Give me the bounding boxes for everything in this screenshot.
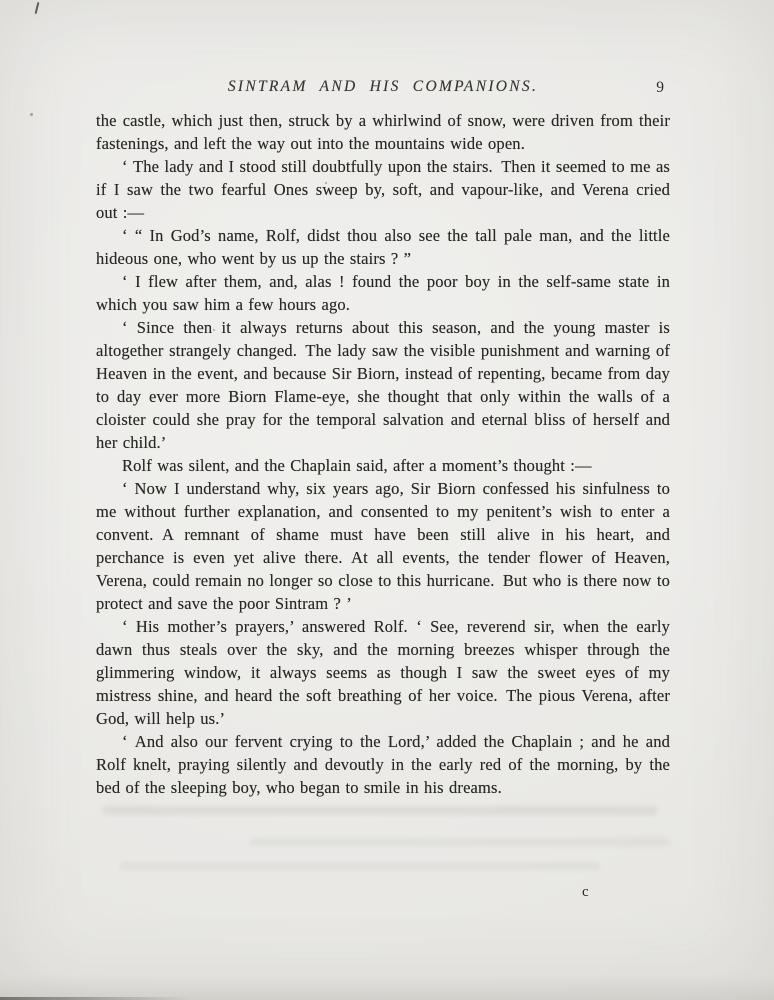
show-through-streak (120, 862, 600, 870)
paragraph: ‘ And also our fervent crying to the Lor… (96, 730, 670, 799)
paragraph: ‘ “ In God’s name, Rolf, didst thou also… (96, 224, 670, 270)
page-header: SINTRAM AND HIS COMPANIONS. 9 (96, 78, 670, 100)
paragraph: ‘ The lady and I stood still doubtfully … (96, 155, 670, 224)
show-through-streak (250, 838, 670, 846)
signature-mark: c (582, 884, 589, 901)
running-head-title: SINTRAM AND HIS COMPANIONS. (96, 78, 670, 96)
text-column: the castle, which just then, struck by a… (96, 109, 670, 799)
show-through-streak (102, 806, 658, 815)
pen-mark (35, 2, 40, 14)
paragraph: the castle, which just then, struck by a… (96, 109, 670, 155)
paragraph: ‘ Since then it always returns about thi… (96, 316, 670, 454)
paper-speck (30, 113, 33, 116)
paragraph: Rolf was silent, and the Chaplain said, … (96, 454, 670, 477)
page-number: 9 (656, 79, 664, 97)
book-page: SINTRAM AND HIS COMPANIONS. 9 the castle… (0, 0, 774, 1000)
paragraph: ‘ I flew after them, and, alas ! found t… (96, 270, 670, 316)
paragraph: ‘ His mother’s prayers,’ answered Rolf. … (96, 615, 670, 730)
paragraph: ‘ Now I understand why, six years ago, S… (96, 477, 670, 615)
